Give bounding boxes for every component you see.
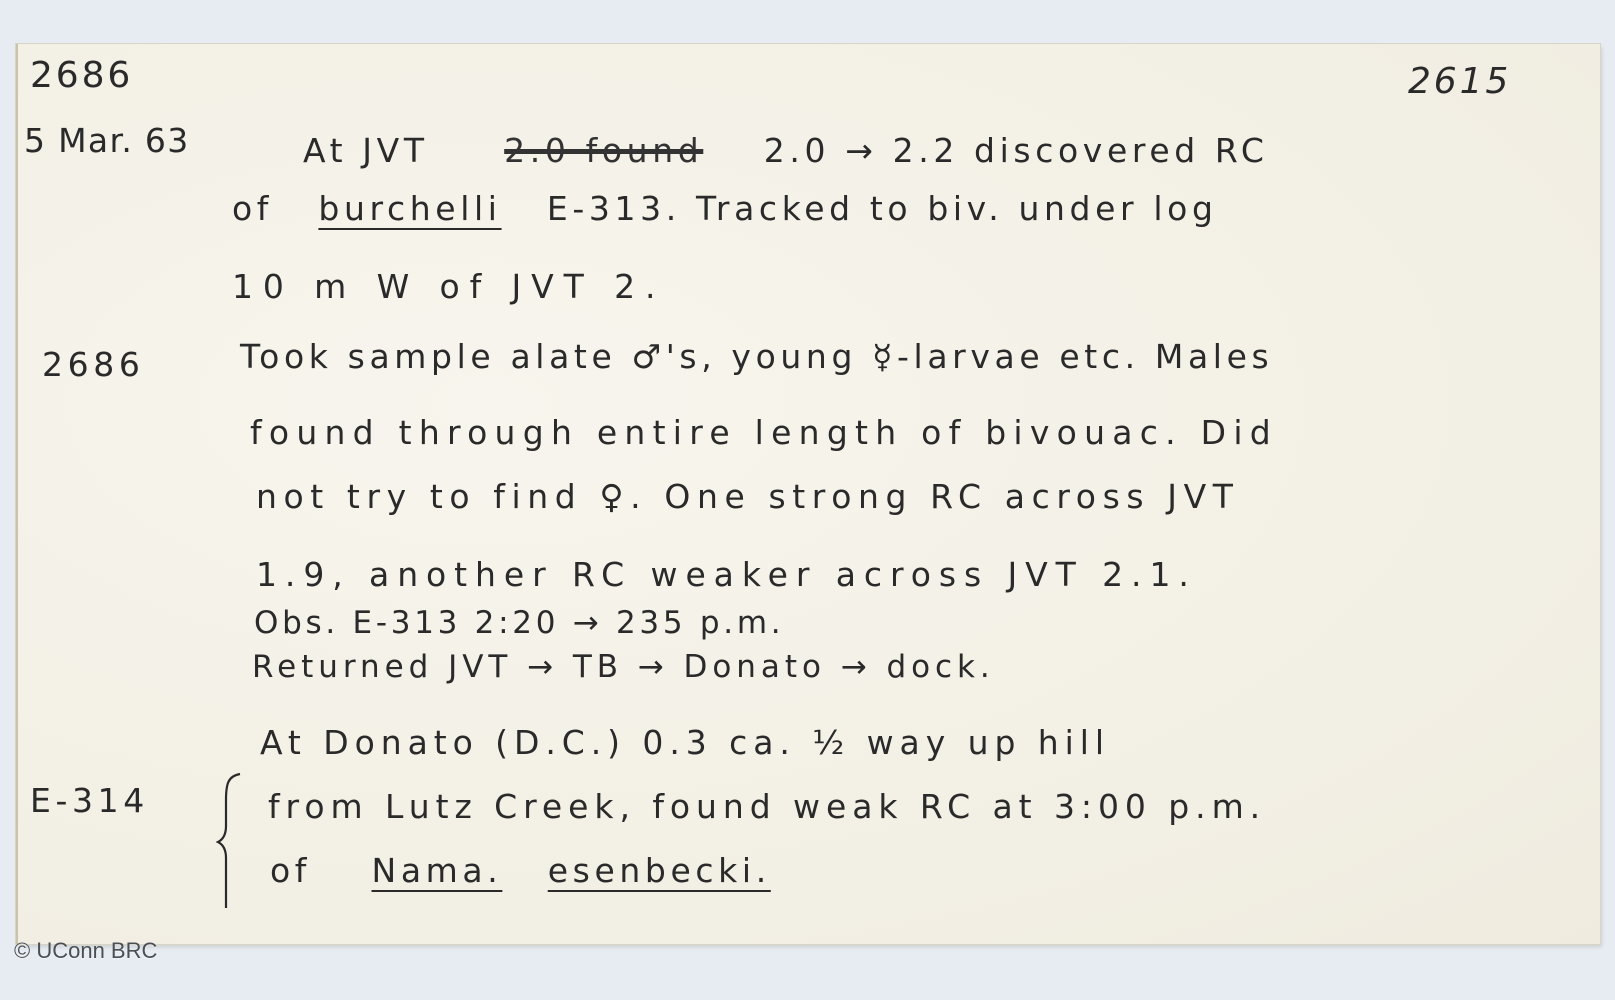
entry-3-line-1: At Donato (D.C.) 0.3 ca. ½ way up hill (260, 726, 1110, 759)
entry-1-line-1-post: 2.0 → 2.2 discovered RC (764, 131, 1269, 170)
species-name-burchelli: burchelli (318, 189, 501, 228)
entry-2-label: 2686 (42, 348, 144, 381)
entry-1-line-3: 10 m W of JVT 2. (232, 270, 665, 303)
entry-1-line-1-pre: At JVT (303, 131, 429, 170)
entry-1-line-2-pre: of (232, 189, 273, 228)
entry-2-line-5: Obs. E-313 2:20 → 235 p.m. (254, 608, 784, 639)
curly-brace-icon (216, 770, 242, 910)
entry-date: 5 Mar. 63 (24, 124, 190, 157)
field-note-card: 2686 2615 5 Mar. 63 At JVT 2.0 found 2.0… (16, 44, 1600, 944)
entry-1-line-2: of burchelli E-313. Tracked to biv. unde… (232, 192, 1218, 225)
entry-2-line-2: found through entire length of bivouac. … (250, 416, 1278, 449)
catalog-number-right: 2615 (1408, 64, 1511, 100)
copyright-notice: © UConn BRC (14, 938, 157, 964)
entry-2-line-6: Returned JVT → TB → Donato → dock. (252, 652, 995, 683)
entry-3-label: E-314 (30, 784, 149, 817)
entry-1-line-2-post: E-313. Tracked to biv. under log (547, 189, 1218, 228)
entry-2-line-3: not try to find ♀. One strong RC across … (256, 480, 1240, 513)
entry-3-line-2: from Lutz Creek, found weak RC at 3:00 p… (268, 790, 1266, 823)
entry-3-line-3-pre: of (270, 851, 311, 890)
genus-name-nama: Nama. (372, 851, 503, 890)
entry-1-line-1: At JVT 2.0 found 2.0 → 2.2 discovered RC (303, 134, 1269, 167)
species-name-esenbecki: esenbecki. (548, 851, 771, 890)
struck-out-text: 2.0 found (504, 131, 703, 170)
entry-2-line-4: 1.9, another RC weaker across JVT 2.1. (256, 558, 1197, 591)
entry-2-line-1: Took sample alate ♂'s, young ☿-larvae et… (240, 340, 1273, 373)
catalog-number-left: 2686 (30, 58, 133, 94)
entry-3-line-3: of Nama. esenbecki. (270, 854, 771, 887)
